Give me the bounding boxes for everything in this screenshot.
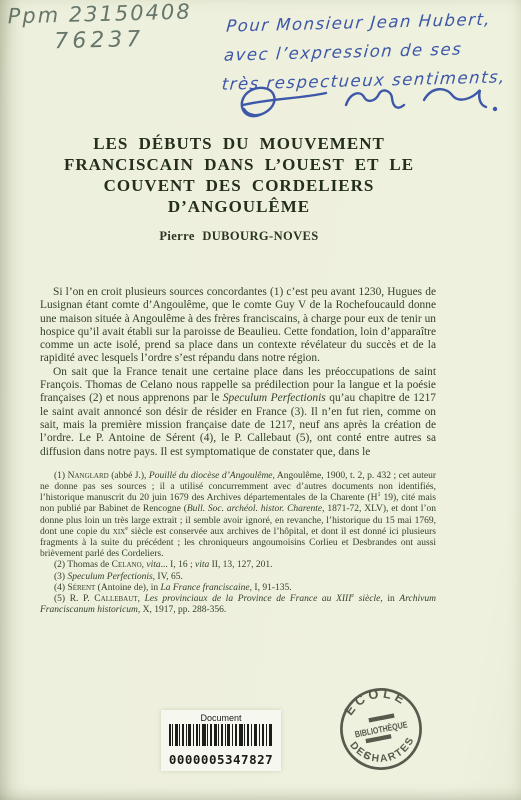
text-segment: (4): [54, 583, 67, 593]
pencil-shelfmark-line: 76237: [54, 26, 193, 55]
text-segment: ... I, 16 ;: [161, 560, 195, 570]
barcode-title: Document: [163, 713, 279, 723]
text-segment: xix: [113, 527, 125, 537]
text-segment: siècle: [354, 594, 380, 604]
body-paragraph: On sait que la France tenait une certain…: [40, 366, 436, 459]
library-stamp: ECOLE DES CHARTES BIBLIOTHÈQUE: [329, 678, 434, 780]
footnote: (3) Speculum Perfectionis, IV, 65.: [40, 572, 436, 583]
article-title: LES DÉBUTS DU MOUVEMENT FRANCISCAIN DANS…: [40, 133, 438, 217]
text-segment: Si l’on en croit plusieurs sources conco…: [40, 286, 436, 364]
footnotes-section: (1) Nanglard (abbé J.), Pouillé du diocè…: [40, 471, 436, 617]
text-segment: Speculum Perfectionis: [223, 392, 326, 404]
footnote: (2) Thomas de Celano, vita... I, 16 ; vi…: [40, 560, 436, 571]
text-segment: Pouillé du diocèse d’Angoulême: [149, 471, 273, 481]
text-segment: Callebaut: [94, 594, 137, 604]
text-segment: (3): [54, 572, 67, 582]
text-segment: , I, 91-135.: [250, 583, 292, 593]
text-segment: La France franciscaine: [160, 583, 249, 593]
stamp-bar-top: [368, 713, 394, 722]
stamp-top-text: ECOLE: [338, 680, 412, 720]
author-byline: Pierre DUBOURG-NOVES: [40, 229, 438, 244]
text-segment: , IV, 65.: [153, 572, 183, 582]
footnote: (4) Sérent (Antoine de), in La France fr…: [40, 583, 436, 594]
barcode-label: Document 0000005347827: [161, 710, 281, 771]
text-segment: ,: [138, 594, 145, 604]
text-segment: , in: [380, 594, 399, 604]
title-line: COUVENT DES CORDELIERS: [40, 175, 438, 196]
text-segment: (2) Thomas de: [54, 560, 112, 570]
body-paragraph: Si l’on en croit plusieurs sources conco…: [40, 286, 436, 366]
svg-text:ECOLE: ECOLE: [338, 680, 412, 720]
scanned-page: Ppm 23150408 76237 Pour Monsieur Jean Hu…: [0, 0, 521, 800]
text-segment: Bull. Soc. archéol. histor. Charente: [187, 504, 322, 514]
text-segment: , X, 1917, pp. 288-356.: [138, 605, 226, 615]
title-line: D’ANGOULÊME: [40, 196, 438, 217]
text-segment: vita: [195, 560, 209, 570]
text-segment: (abbé J.),: [109, 471, 149, 481]
text-segment: Sérent: [67, 583, 95, 593]
title-line: LES DÉBUTS DU MOUVEMENT: [40, 133, 438, 154]
text-segment: (Antoine de), in: [95, 583, 160, 593]
text-segment: Celano: [112, 560, 142, 570]
text-segment: Speculum Perfectionis: [67, 572, 152, 582]
text-segment: II, 13, 127, 201.: [209, 560, 272, 570]
text-segment: Les provinciaux de la Province de France…: [145, 594, 352, 604]
signature: [228, 78, 506, 138]
title-line: FRANCISCAIN DANS L’OUEST ET LE: [40, 154, 438, 175]
pencil-shelfmark: Ppm 23150408 76237: [7, 0, 192, 55]
barcode-number: 0000005347827: [163, 752, 279, 767]
footnote: (1) Nanglard (abbé J.), Pouillé du diocè…: [40, 471, 436, 561]
text-segment: (5) R. P.: [54, 594, 94, 604]
text-segment: vita: [146, 560, 160, 570]
text-column: Si l’on en croit plusieurs sources conco…: [40, 286, 436, 617]
barcode-bars-icon: [168, 724, 274, 746]
text-segment: (1): [54, 471, 68, 481]
text-segment: Nanglard: [68, 471, 109, 481]
pencil-shelfmark-line: Ppm 23150408: [7, 0, 192, 28]
footnote: (5) R. P. Callebaut, Les provinciaux de …: [40, 594, 436, 616]
